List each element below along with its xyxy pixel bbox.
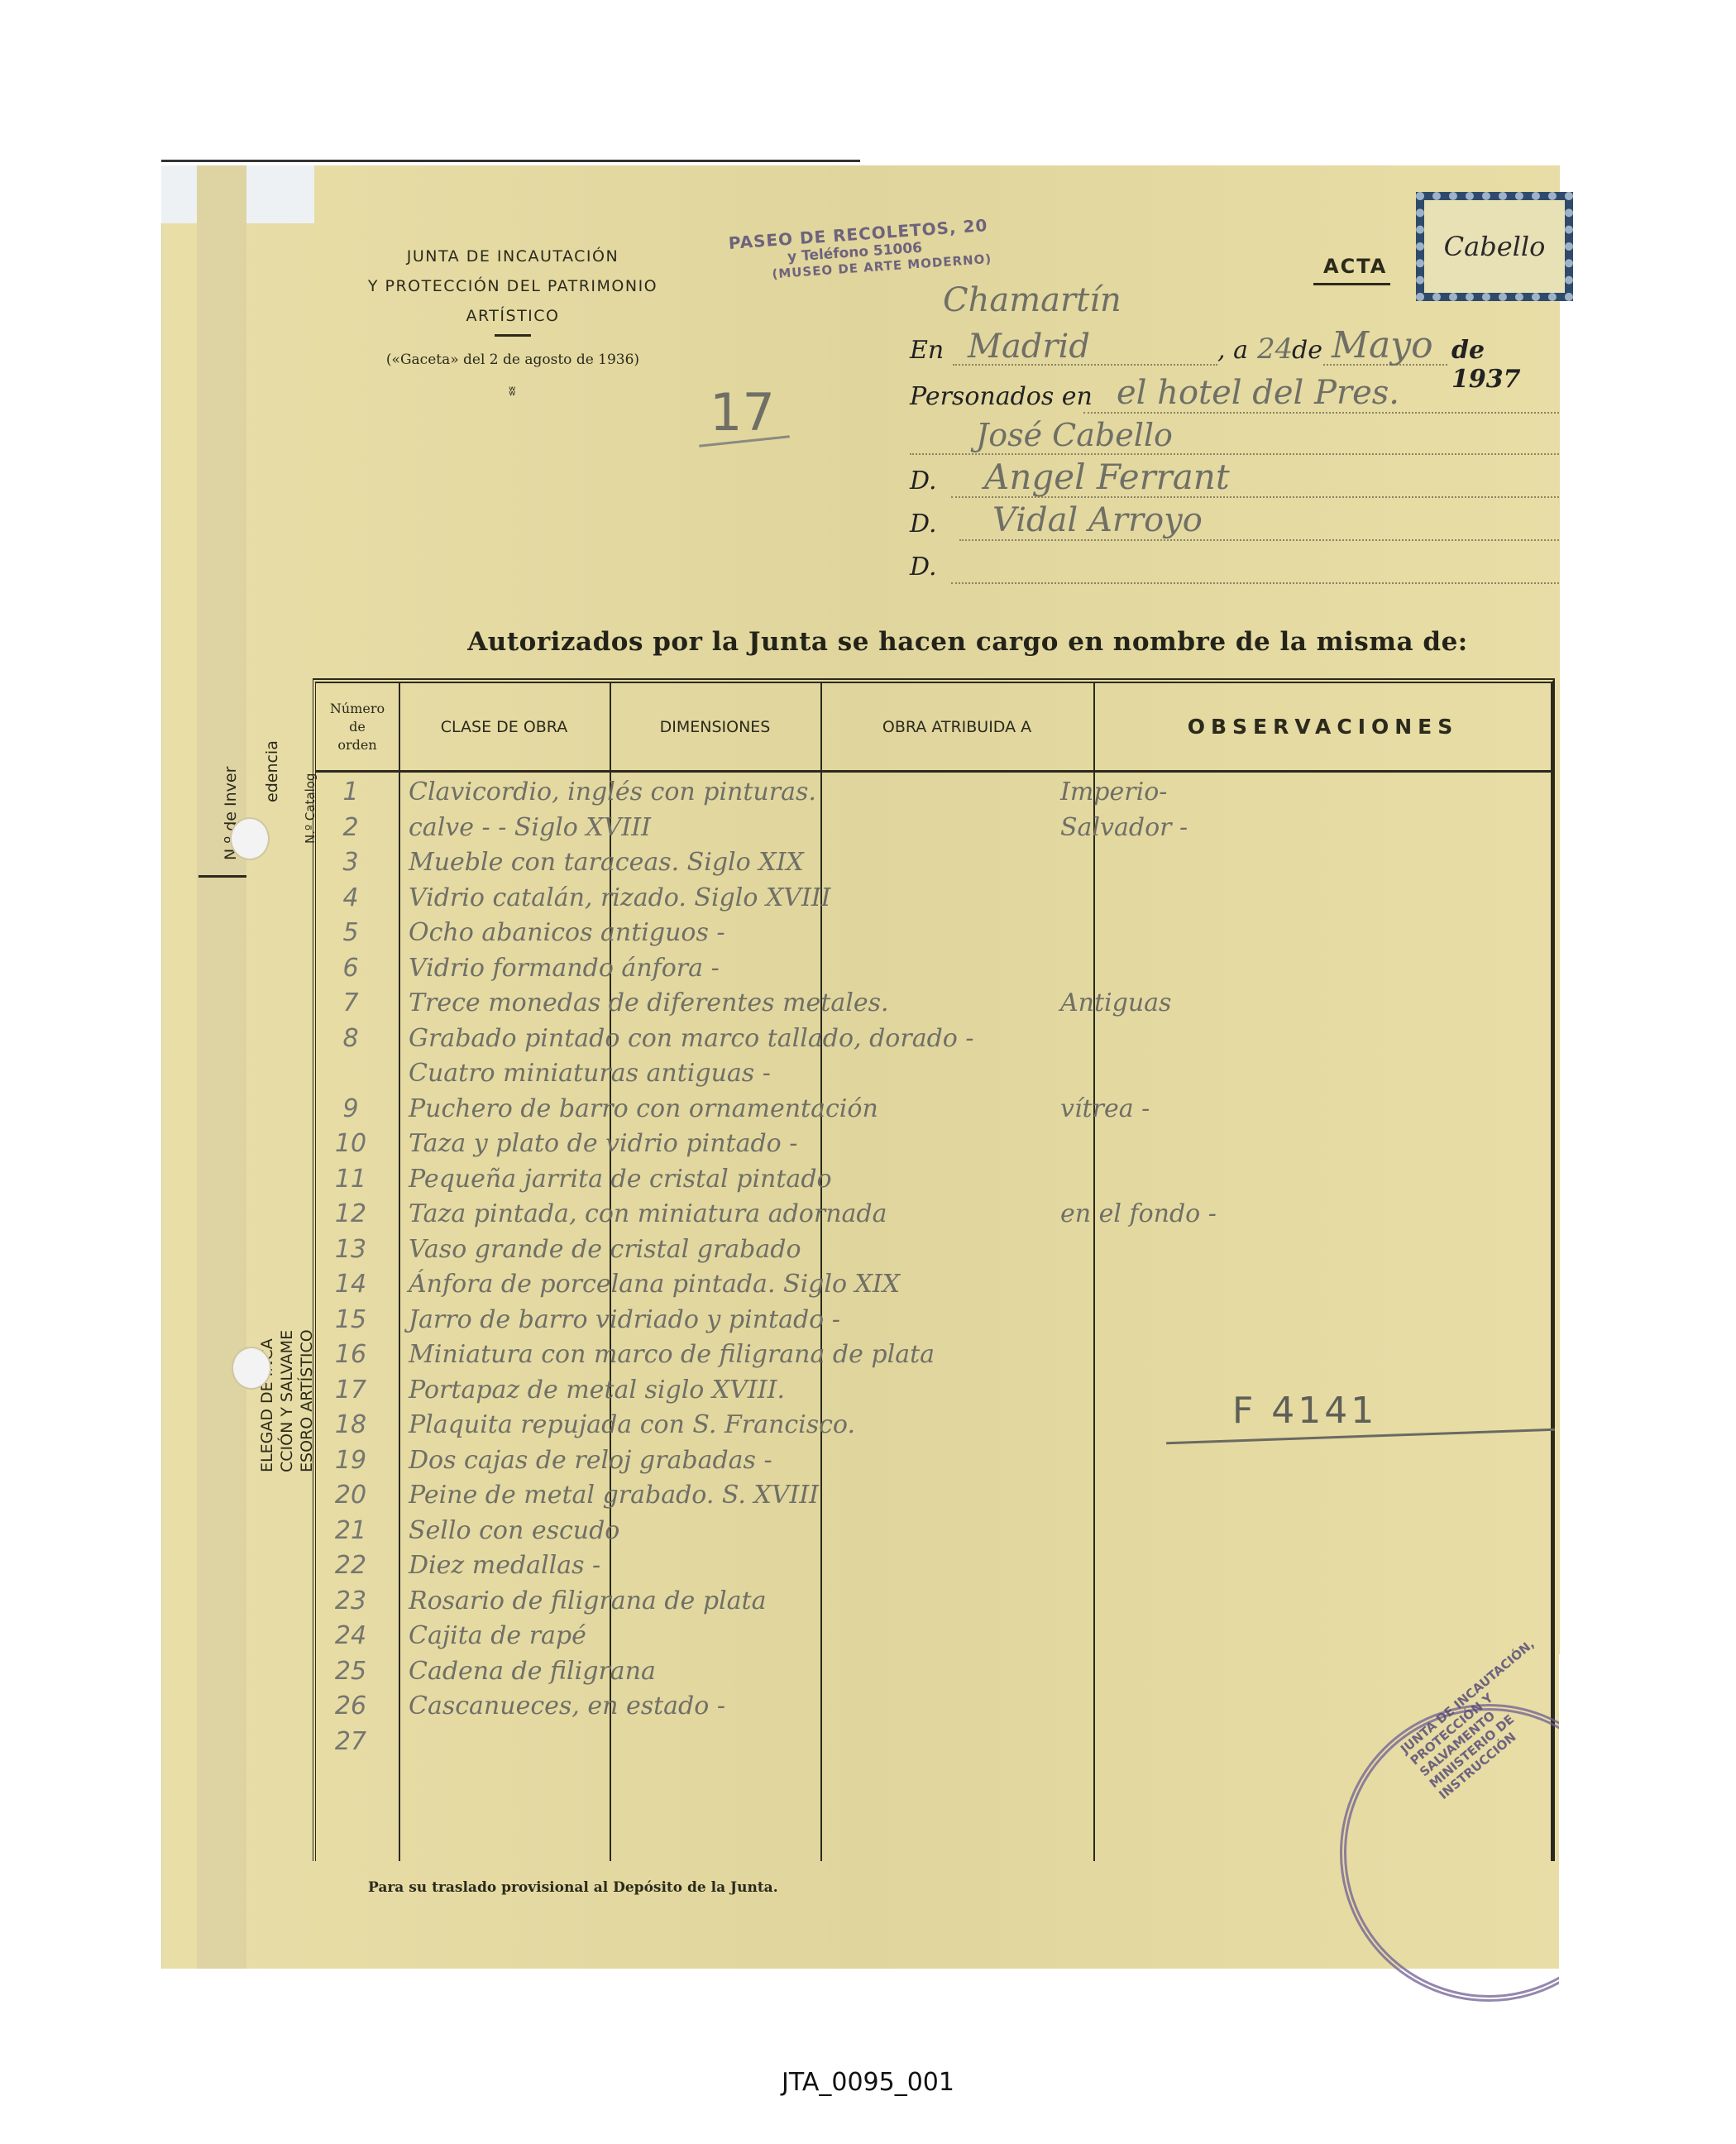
header-numero-line1: Número: [330, 700, 385, 718]
table-row: 9Puchero de barro con ornamentaciónvítre…: [316, 1093, 1551, 1128]
punch-hole: [233, 1348, 270, 1388]
row-number: 7: [326, 988, 375, 1017]
org-header: JUNTA DE INCAUTACIÓN Y PROTECCIÓN DEL PA…: [314, 242, 711, 406]
personados-line: Personados en el hotel del Pres.: [910, 379, 1559, 417]
table-rows: 1Clavicordio, inglés con pinturas.Imperi…: [316, 776, 1551, 1760]
personados-line-2: José Cabello: [910, 420, 1559, 458]
table-row: 11Pequeña jarrita de cristal pintado: [316, 1163, 1551, 1199]
row-number: 13: [326, 1235, 375, 1264]
row-observation: vítrea -: [1060, 1094, 1150, 1123]
row-number: 9: [326, 1094, 375, 1123]
row-description: Sello con escudo: [409, 1516, 619, 1545]
row-description: Ocho abanicos antiguos -: [409, 918, 725, 947]
scan-top-rule: [161, 160, 860, 162]
row-description: Taza y plato de vidrio pintado -: [409, 1129, 797, 1158]
personados-value: el hotel del Pres.: [1117, 374, 1399, 412]
row-description: Mueble con taraceas. Siglo XIX: [409, 848, 804, 877]
row-description: Puchero de barro con ornamentación: [409, 1094, 878, 1123]
table-row: 4Vidrio catalán, rizado. Siglo XVIII: [316, 882, 1551, 917]
table-row: 12Taza pintada, con miniatura adornadaen…: [316, 1198, 1551, 1233]
row-description: Grabado pintado con marco tallado, dorad…: [409, 1024, 974, 1053]
acta-title: ACTA: [1313, 255, 1390, 285]
row-number: 15: [326, 1305, 375, 1334]
row-number: 6: [326, 954, 375, 983]
d-label: D.: [910, 553, 937, 581]
header-dimensiones: DIMENSIONES: [610, 683, 820, 773]
row-number: 4: [326, 883, 375, 912]
row-description: Ánfora de porcelana pintada. Siglo XIX: [409, 1270, 900, 1299]
d-value: Angel Ferrant: [984, 457, 1230, 497]
d-value: Vidal Arroyo: [992, 501, 1203, 539]
table-row: 16Miniatura con marco de filigrana de pl…: [316, 1338, 1551, 1374]
row-description: Jarro de barro vidriado y pintado -: [409, 1305, 840, 1334]
row-number: 26: [326, 1692, 375, 1720]
table-row: 14Ánfora de porcelana pintada. Siglo XIX: [316, 1268, 1551, 1304]
row-number: 10: [326, 1129, 375, 1158]
place-value: Madrid: [968, 328, 1090, 366]
table-row: 15Jarro de barro vidriado y pintado -: [316, 1304, 1551, 1339]
table-row: 26Cascanueces, en estado -: [316, 1690, 1551, 1725]
row-number: 5: [326, 918, 375, 947]
row-number: 11: [326, 1165, 375, 1194]
torn-edge-mask: [1559, 1654, 1736, 2002]
d-label: D.: [910, 467, 937, 495]
gaceta-reference: («Gaceta» del 2 de agosto de 1936): [314, 345, 711, 375]
row-number: 21: [326, 1516, 375, 1545]
row-description: Diez medallas -: [409, 1551, 600, 1580]
table-row: 8Grabado pintado con marco tallado, dora…: [316, 1022, 1551, 1058]
table-row: 2calve - - Siglo XVIIISalvador -: [316, 811, 1551, 847]
row-description: Cascanueces, en estado -: [409, 1692, 725, 1720]
d-line-2: D. Vidal Arroyo: [910, 506, 1559, 544]
table-row: 6Vidrio formando ánfora -: [316, 952, 1551, 988]
row-description: Rosario de filigrana de plata: [409, 1586, 766, 1615]
table-row: 24Cajita de rapé: [316, 1620, 1551, 1655]
row-number: 27: [326, 1727, 375, 1756]
row-description: Vaso grande de cristal grabado: [409, 1235, 801, 1264]
inventory-table: Número de orden CLASE DE OBRA DIMENSIONE…: [313, 678, 1555, 1861]
a-label: , a: [1217, 336, 1248, 365]
row-description: Cuatro miniaturas antiguas -: [409, 1059, 771, 1088]
table-row: 5Ocho abanicos antiguos -: [316, 916, 1551, 952]
row-observation: Salvador -: [1060, 813, 1188, 842]
strip-label-procedencia: edencia: [263, 740, 281, 802]
row-description: Vidrio catalán, rizado. Siglo XVIII: [409, 883, 831, 912]
row-number: 1: [326, 778, 375, 806]
personados-value-2: José Cabello: [976, 417, 1173, 453]
row-description: Taza pintada, con miniatura adornada: [409, 1199, 887, 1228]
personados-dotline-2: [910, 453, 1559, 455]
table-row: 23Rosario de filigrana de plata: [316, 1585, 1551, 1620]
d-dotline: [959, 539, 1559, 541]
personados-label: Personados en: [910, 382, 1093, 411]
table-row: 3Mueble con taraceas. Siglo XIX: [316, 846, 1551, 882]
row-description: Dos cajas de reloj grabadas -: [409, 1446, 772, 1475]
row-number: 25: [326, 1657, 375, 1686]
row-number: 18: [326, 1410, 375, 1439]
row-description: Plaquita repujada con S. Francisco.: [409, 1410, 855, 1439]
margin-annotation: F 4141: [1232, 1390, 1377, 1432]
row-number: 20: [326, 1481, 375, 1510]
row-observation: Imperio-: [1060, 778, 1167, 806]
row-number: 16: [326, 1340, 375, 1369]
header-divider: [495, 334, 531, 337]
table-row: 19Dos cajas de reloj grabadas -: [316, 1444, 1551, 1480]
table-row: 27: [316, 1725, 1551, 1761]
place-date-line: En Madrid , a 24 de Mayo de 1937: [910, 333, 1559, 371]
row-number: 19: [326, 1446, 375, 1475]
org-line-2: Y PROTECCIÓN DEL PATRIMONIO: [314, 271, 711, 301]
row-description: Cadena de filigrana: [409, 1657, 656, 1686]
row-description: Trece monedas de diferentes metales.: [409, 988, 889, 1017]
ornament-icon: ʬ: [314, 376, 711, 406]
row-number: 14: [326, 1270, 375, 1299]
row-observation: en el fondo -: [1060, 1199, 1217, 1228]
row-description: calve - - Siglo XVIII: [409, 813, 651, 842]
header-numero-orden: Número de orden: [316, 683, 399, 773]
month-value: Mayo: [1332, 324, 1433, 366]
row-description: Vidrio formando ánfora -: [409, 954, 720, 983]
table-row: 25Cadena de filigrana: [316, 1655, 1551, 1691]
personados-dotline: [1083, 412, 1559, 414]
row-number: 3: [326, 848, 375, 877]
row-number: 24: [326, 1621, 375, 1650]
row-number: 22: [326, 1551, 375, 1580]
file-number: 17: [710, 382, 775, 443]
table-row: 7Trece monedas de diferentes metales.Ant…: [316, 987, 1551, 1022]
org-line-1: JUNTA DE INCAUTACIÓN: [314, 242, 711, 271]
footer-note: Para su traslado provisional al Depósito…: [368, 1879, 778, 1896]
d-line-3: D.: [910, 549, 1559, 587]
authorized-heading: Autorizados por la Junta se hacen cargo …: [389, 627, 1547, 657]
name-label-box: Cabello: [1416, 192, 1573, 301]
image-caption: JTA_0095_001: [0, 2068, 1736, 2097]
row-number: 2: [326, 813, 375, 842]
row-number: 23: [326, 1586, 375, 1615]
table-row: 20Peine de metal grabado. S. XVIII: [316, 1479, 1551, 1515]
header-numero-line3: orden: [330, 736, 385, 754]
header-numero-line2: de: [330, 718, 385, 736]
row-description: Clavicordio, inglés con pinturas.: [409, 778, 816, 806]
punch-hole: [232, 819, 268, 859]
left-margin-strip: [197, 165, 246, 1969]
row-number: 12: [326, 1199, 375, 1228]
row-description: Peine de metal grabado. S. XVIII: [409, 1481, 819, 1510]
name-label: Cabello: [1424, 200, 1565, 293]
table-row: 22Diez medallas -: [316, 1549, 1551, 1585]
org-line-3: ARTÍSTICO: [314, 301, 711, 331]
de-label: de: [1292, 336, 1322, 365]
table-row: 21Sello con escudo: [316, 1515, 1551, 1550]
table-row: 1Clavicordio, inglés con pinturas.Imperi…: [316, 776, 1551, 811]
d-label: D.: [910, 510, 937, 538]
row-observation: Antiguas: [1060, 988, 1171, 1017]
d-line-1: D. Angel Ferrant: [910, 463, 1559, 501]
row-description: Miniatura con marco de filigrana de plat…: [409, 1340, 935, 1369]
table-row: 10Taza y plato de vidrio pintado -: [316, 1127, 1551, 1163]
strip-divider: [198, 875, 246, 878]
header-observaciones: OBSERVACIONES: [1093, 683, 1552, 773]
day-value: 24: [1257, 333, 1293, 366]
row-number: 8: [326, 1024, 375, 1053]
row-description: Pequeña jarrita de cristal pintado: [409, 1165, 832, 1194]
en-label: En: [910, 336, 944, 365]
row-number: 17: [326, 1376, 375, 1405]
row-description: Portapaz de metal siglo XVIII.: [409, 1376, 785, 1405]
table-row: 13Vaso grande de cristal grabado: [316, 1233, 1551, 1269]
handwritten-chamartin: Chamartín: [943, 281, 1121, 319]
d-dotline: [951, 582, 1559, 584]
header-obra-atribuida: OBRA ATRIBUIDA A: [820, 683, 1093, 773]
header-clase-obra: CLASE DE OBRA: [399, 683, 610, 773]
table-row: Cuatro miniaturas antiguas -: [316, 1057, 1551, 1093]
strip-delegation-line2: CCIÓN Y SALVAME: [278, 1330, 296, 1472]
row-description: Cajita de rapé: [409, 1621, 586, 1650]
